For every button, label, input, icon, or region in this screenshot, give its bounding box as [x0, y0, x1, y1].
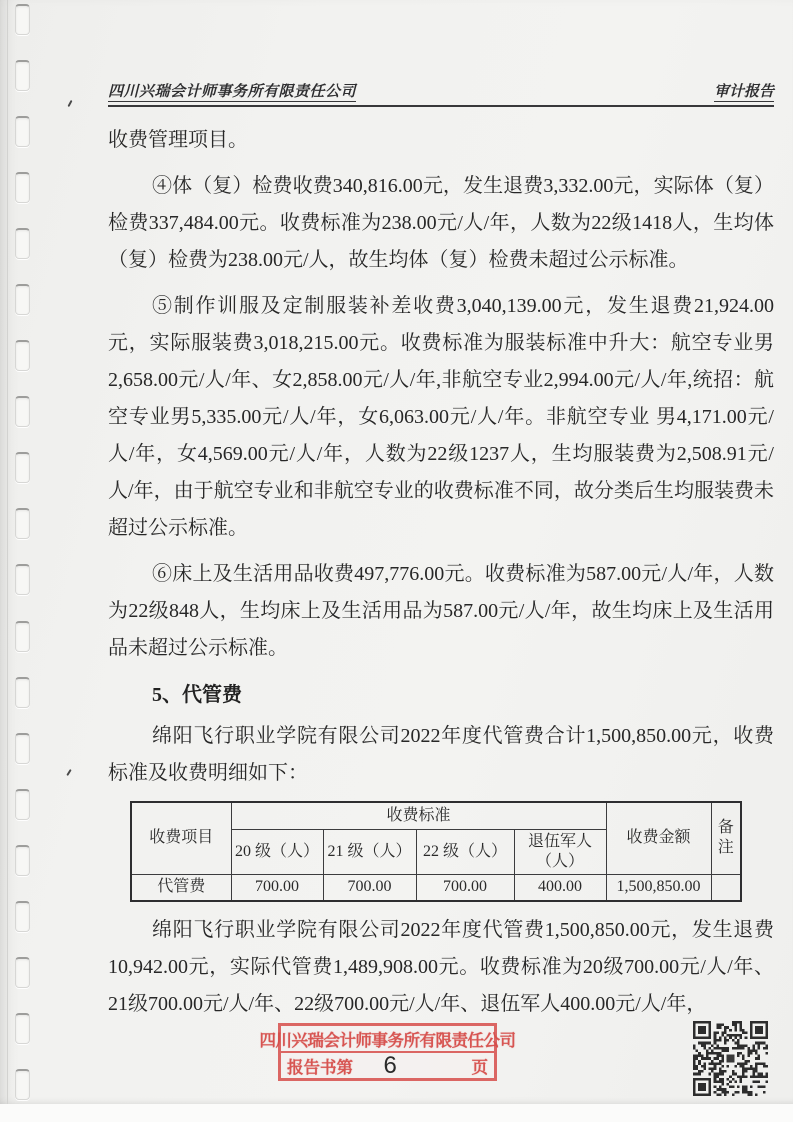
binding-hole [15, 284, 30, 315]
stamp-page-number: 6 [383, 1052, 396, 1080]
binding-hole [15, 172, 30, 203]
paragraph-before-table: 绵阳飞行职业学院有限公司2022年度代管费合计1,500,850.00元，收费标… [108, 718, 774, 792]
binding-holes [15, 4, 31, 1100]
pen-mark [66, 769, 71, 776]
col-header-remark: 备 注 [711, 802, 741, 874]
page-content: 四川兴瑞会计师事务所有限责任公司 审计报告 收费管理项目。 ④体（复）检费收费3… [108, 80, 774, 1032]
binding-hole [15, 4, 30, 35]
binding-hole [15, 60, 30, 91]
document-body: 收费管理项目。 ④体（复）检费收费340,816.00元，发生退费3,332.0… [108, 122, 774, 1023]
binding-hole [15, 957, 30, 988]
paragraph-after-table: 绵阳飞行职业学院有限公司2022年度代管费1,500,850.00元，发生退费1… [108, 912, 774, 1023]
paragraph-intro: 收费管理项目。 [108, 122, 774, 159]
pen-mark [67, 100, 72, 107]
binding-hole [15, 845, 30, 876]
cell-remark [711, 874, 741, 901]
cell-fee-item: 代管费 [131, 874, 231, 901]
cell-grade21: 700.00 [323, 874, 416, 901]
binding-hole [15, 1069, 30, 1100]
paragraph-item5: ⑤制作训服及定制服装补差收费3,040,139.00元，发生退费21,924.0… [108, 288, 774, 547]
binding-hole [15, 677, 30, 708]
col-header-grade21: 21 级（人） [323, 829, 416, 874]
header-company-name: 四川兴瑞会计师事务所有限责任公司 [108, 80, 356, 102]
binding-hole [15, 621, 30, 652]
binding-hole [15, 340, 30, 371]
binding-hole [15, 396, 30, 427]
col-header-fee-standard: 收费标准 [231, 802, 606, 829]
section-heading-daiguanfei: 5、代管费 [108, 677, 774, 714]
binding-hole [15, 733, 30, 764]
paragraph-item4: ④体（复）检费收费340,816.00元，发生退费3,332.00元，实际体（复… [108, 168, 774, 279]
table-row: 代管费 700.00 700.00 700.00 400.00 1,500,85… [131, 874, 741, 901]
fee-standard-table: 收费项目 收费标准 收费金额 备 注 20 级（人） 21 级（人） 22 级（… [130, 801, 742, 902]
scanned-page: 四川兴瑞会计师事务所有限责任公司 审计报告 收费管理项目。 ④体（复）检费收费3… [0, 0, 793, 1104]
binding-hole [15, 228, 30, 259]
cell-grade22: 700.00 [416, 874, 514, 901]
binding-hole [15, 1013, 30, 1044]
binding-hole [15, 901, 30, 932]
col-header-fee-item: 收费项目 [131, 802, 231, 874]
page-header: 四川兴瑞会计师事务所有限责任公司 审计报告 [108, 80, 774, 107]
binding-hole [15, 564, 30, 595]
col-header-grade22: 22 级（人） [416, 829, 514, 874]
paragraph-item6: ⑥床上及生活用品收费497,776.00元。收费标准为587.00元/人/年，人… [108, 556, 774, 667]
stamp-report-suffix: 页 [472, 1054, 489, 1078]
binding-hole [15, 116, 30, 147]
col-header-grade20: 20 级（人） [231, 829, 323, 874]
binding-hole [15, 508, 30, 539]
stamp-page-line: 报告书第 6 页 [281, 1053, 494, 1078]
col-header-veteran: 退伍军人（人） [514, 829, 606, 874]
cell-amount: 1,500,850.00 [606, 874, 711, 901]
binding-hole [15, 789, 30, 820]
col-header-fee-amount: 收费金额 [606, 802, 711, 874]
stamp-report-prefix: 报告书第 [287, 1054, 353, 1078]
qr-code [688, 1021, 772, 1096]
cell-grade20: 700.00 [231, 874, 323, 901]
paper-left-edge [7, 0, 8, 1104]
stamp-company-name: 四川兴瑞会计师事务所有限责任公司 [281, 1026, 494, 1053]
header-doc-type: 审计报告 [714, 80, 774, 102]
cell-veteran: 400.00 [514, 874, 606, 901]
binding-hole [15, 452, 30, 483]
red-company-stamp: 四川兴瑞会计师事务所有限责任公司 报告书第 6 页 [278, 1023, 497, 1081]
